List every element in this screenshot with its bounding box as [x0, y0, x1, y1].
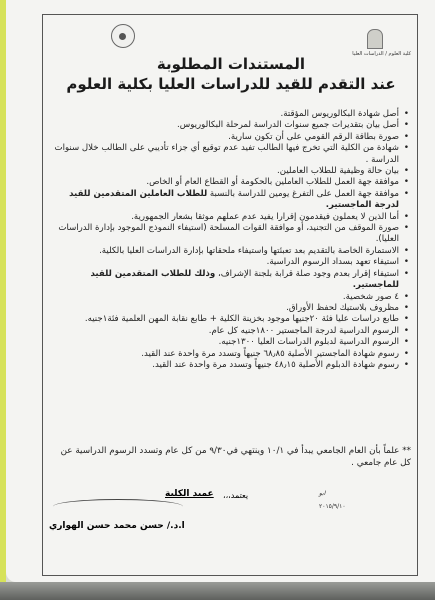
approval-label: يعتمد،،، [223, 491, 248, 500]
list-item: مظروف بلاستيك لحفظ الأوراق. [47, 303, 411, 314]
list-item: صورة بطاقة الرقم القومي على أن تكون ساري… [47, 132, 411, 143]
list-item: شهادة من الكلية التي تخرج فيها الطالب تف… [47, 143, 411, 166]
list-item: الرسوم الدراسية لدبلوم الدراسات العليا ١… [47, 337, 411, 348]
academic-year-note: ** علماً بأن العام الجامعي يبدأ في ١٠/١ … [47, 445, 411, 469]
signature-date: ٢٠١٥/٩/١٠ [319, 503, 346, 510]
page-title: المستندات المطلوبة [43, 55, 419, 73]
list-item: صورة الموقف من التجنيد، أو موافقة القوات… [47, 223, 411, 246]
requirements-list: أصل شهادة البكالوريوس المؤقتة. أصل بيان … [47, 109, 411, 371]
document-page: كلية العلوم / الدراسات العليا المستندات … [6, 0, 435, 582]
scan-shadow [0, 582, 435, 600]
list-item: رسوم شهادة الماجستير الأصلية ٦٨٫٨٥ جنيها… [47, 349, 411, 360]
list-item: استيفاء تعهد بسداد الرسوم الدراسية. [47, 257, 411, 268]
list-item: الاستمارة الخاصة بالتقديم بعد تعبئتها وا… [47, 246, 411, 257]
list-item: ٤ صور شخصية. [47, 292, 411, 303]
university-logo-icon [111, 24, 135, 48]
list-item: طابع دراسات عليا فئة ٢٠جنيها موجود بخزين… [47, 314, 411, 325]
list-item: موافقة جهة العمل للطلاب العاملين بالحكوم… [47, 177, 411, 188]
initials-signature: ابو [319, 490, 325, 497]
list-item: أصل شهادة البكالوريوس المؤقتة. [47, 109, 411, 120]
dean-name: ا.د./ حسن محمد حسن الهواري [49, 521, 185, 531]
list-item: بيان حالة وظيفية للطلاب العاملين. [47, 166, 411, 177]
list-item: أما الذين لا يعملون فيقدمون إقرارا يفيد … [47, 212, 411, 223]
page-subtitle: عند التقدم للقيد للدراسات العليا بكلية ا… [43, 75, 419, 93]
signature-scribble-icon [53, 499, 183, 514]
list-item: أصل بيان بتقديرات جميع سنوات الدراسة لمر… [47, 120, 411, 131]
document-frame: كلية العلوم / الدراسات العليا المستندات … [42, 14, 418, 576]
faculty-logo-icon [367, 29, 383, 49]
list-item: رسوم شهادة الدبلوم الأصلية ٤٨٫١٥ جنيهاً … [47, 360, 411, 371]
list-item: الرسوم الدراسية لدرجة الماجستير ١٨٠٠جنيه… [47, 326, 411, 337]
list-item: موافقة جهة العمل على التفرغ يومين للدراس… [47, 189, 411, 212]
dean-title: عميد الكلية [165, 489, 214, 499]
list-item: استيفاء إقرار بعدم وجود صلة قرابة بلجنة … [47, 269, 411, 292]
